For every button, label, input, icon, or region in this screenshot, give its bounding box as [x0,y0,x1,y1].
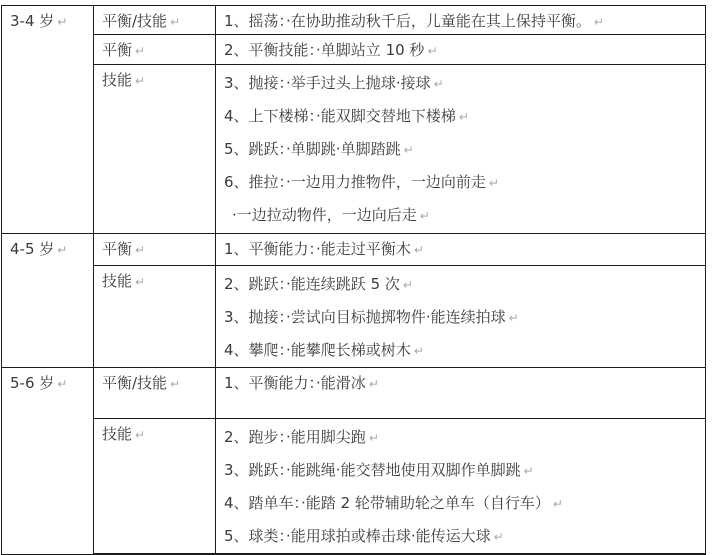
content-line: 4、上下楼梯：·能双脚交替地下楼梯 [224,107,456,125]
category-cell[interactable]: 技能↵ [94,266,216,368]
age-cell[interactable]: 3-4 岁↵ [2,6,94,234]
paragraph-mark-icon: ↵ [170,377,180,391]
paragraph-mark-icon: ↵ [420,209,430,223]
category-label: 技能 [102,272,132,290]
paragraph-mark-icon: ↵ [524,464,534,478]
paragraph-mark-icon: ↵ [403,278,413,292]
category-label: 技能 [102,71,132,89]
content-cell[interactable]: 1、平衡能力：·能滑冰↵ ¤ [216,368,706,419]
paragraph-mark-icon: ↵ [135,243,145,257]
content-line: 4、攀爬：·能攀爬长梯或树木 [224,341,411,359]
category-cell[interactable]: 平衡↵ [94,35,216,65]
paragraph-mark-icon: ↵ [57,377,67,391]
content-cell[interactable]: 1、平衡能力：·能走过平衡木↵ ¤ [216,234,706,266]
document-page: 3-4 岁↵ 平衡/技能↵ 1、摇荡：·在协助推动秋千后，儿童能在其上保持平衡。… [0,0,712,555]
content-cell[interactable]: 2、平衡技能：·单脚站立 10 秒↵ ¤ [216,35,706,65]
paragraph-mark-icon: ↵ [553,497,563,511]
category-cell[interactable]: 平衡↵ [94,234,216,266]
age-label: 5-6 岁 [10,374,54,392]
paragraph-mark-icon: ↵ [509,311,519,325]
paragraph-mark-icon: ↵ [494,530,504,544]
category-label: 平衡 [102,240,132,258]
paragraph-mark-icon: ↵ [594,15,604,29]
paragraph-mark-icon: ↵ [57,243,67,257]
paragraph-mark-icon: ↵ [489,176,499,190]
milestones-table: 3-4 岁↵ 平衡/技能↵ 1、摇荡：·在协助推动秋千后，儿童能在其上保持平衡。… [1,5,706,555]
content-line: 6、推拉：·一边用力推物件，一边向前走 [224,173,486,191]
category-cell[interactable]: 平衡/技能↵ [94,368,216,419]
category-cell[interactable]: 技能↵ [94,65,216,234]
content-cell[interactable]: 3、抛接：·举手过头上抛球·接球↵ 4、上下楼梯：·能双脚交替地下楼梯↵ 5、跳… [216,65,706,234]
content-line: 2、跳跃：·能连续跳跃 5 次 [224,275,400,293]
paragraph-mark-icon: ↵ [135,44,145,58]
paragraph-mark-icon: ↵ [414,344,424,358]
content-line: 2、平衡技能：·单脚站立 10 秒 [224,41,424,59]
content-line: 3、跳跃：·能跳绳·能交替地使用双脚作单脚跳 [224,461,521,479]
category-cell[interactable]: 技能↵ [94,419,216,555]
content-line: 4、踏单车：·能踏 2 轮带辅助轮之单车（自行车） [224,494,550,512]
paragraph-mark-icon: ↵ [135,74,145,88]
content-cell[interactable]: 1、摇荡：·在协助推动秋千后，儿童能在其上保持平衡。↵ ¤ [216,6,706,35]
content-line: 3、抛接：·尝试向目标抛掷物件·能连续拍球 [224,308,506,326]
content-line: 5、球类：·能用球拍或棒击球·能传运大球 [224,527,491,545]
paragraph-mark-icon: ↵ [369,377,379,391]
paragraph-mark-icon: ↵ [427,44,437,58]
paragraph-mark-icon: ↵ [57,15,67,29]
age-label: 4-5 岁 [10,240,54,258]
content-line: 2、跑步：·能用脚尖跑 [224,428,366,446]
category-label: 技能 [102,425,132,443]
paragraph-mark-icon: ↵ [170,15,180,29]
content-cell[interactable]: 2、跑步：·能用脚尖跑↵ 3、跳跃：·能跳绳·能交替地使用双脚作单脚跳↵ 4、踏… [216,419,706,555]
category-label: 平衡/技能 [102,12,167,30]
content-line: 1、平衡能力：·能滑冰 [224,374,366,392]
paragraph-mark-icon: ↵ [434,77,444,91]
paragraph-mark-icon: ↵ [459,110,469,124]
content-line: 1、平衡能力：·能走过平衡木 [224,240,411,258]
category-label: 平衡 [102,41,132,59]
category-label: 平衡/技能 [102,374,167,392]
content-line: 3、抛接：·举手过头上抛球·接球 [224,74,431,92]
paragraph-mark-icon: ↵ [369,431,379,445]
category-cell[interactable]: 平衡/技能↵ [94,6,216,35]
content-line: 5、跳跃：·单脚跳·单脚踏跳 [224,140,401,158]
paragraph-mark-icon: ↵ [135,428,145,442]
paragraph-mark-icon: ↵ [135,275,145,289]
age-cell[interactable]: 5-6 岁↵ [2,368,94,555]
age-label: 3-4 岁 [10,12,54,30]
content-cell[interactable]: 2、跳跃：·能连续跳跃 5 次↵ 3、抛接：·尝试向目标抛掷物件·能连续拍球↵ … [216,266,706,368]
content-line: ·一边拉动物件，一边向后走 [232,206,417,224]
paragraph-mark-icon: ↵ [414,243,424,257]
content-line: 1、摇荡：·在协助推动秋千后，儿童能在其上保持平衡。 [224,12,591,30]
age-cell[interactable]: 4-5 岁↵ [2,234,94,368]
paragraph-mark-icon: ↵ [404,143,414,157]
